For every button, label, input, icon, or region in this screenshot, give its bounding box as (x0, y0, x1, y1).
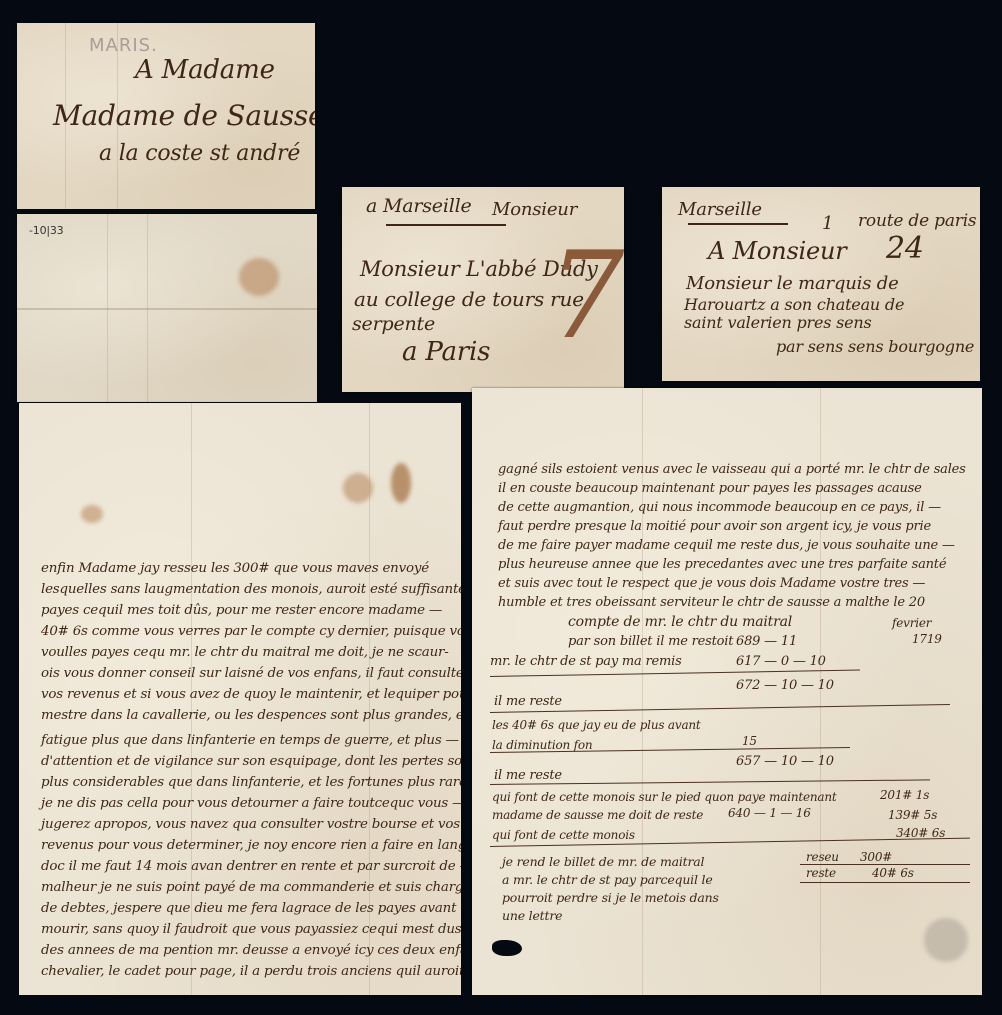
account-row-label: les 40# 6s que jay eu de plus avant (492, 718, 701, 732)
fold-line (107, 214, 108, 402)
docket-number: -10|33 (29, 224, 63, 237)
text-line: 40# 6s comme vous verres par le compte c… (41, 624, 461, 639)
paper-hole (492, 940, 522, 956)
note-line: je rend le billet de mr. de maitral (502, 854, 704, 869)
fold-line (17, 308, 317, 310)
text-line: fatigue plus que dans linfanterie en tem… (41, 733, 459, 748)
stain (343, 473, 373, 503)
text-line: plus heureuse annee que les precedantes … (498, 557, 946, 572)
note-line: a mr. le chtr de st pay parcequil le (502, 872, 713, 887)
underline (386, 224, 506, 226)
route-number: 1 (822, 213, 833, 234)
text-line: malheur je ne suis point payé de ma comm… (41, 880, 461, 895)
origin-marseille: Marseille (678, 199, 762, 220)
text-line: et suis avec tout le respect que je vous… (498, 576, 925, 591)
address-line-1: Monsieur le marquis de (686, 273, 899, 294)
date-month: fevrier (892, 616, 931, 630)
account-summary-label: reseu (806, 850, 839, 864)
fold-line (147, 214, 148, 402)
text-line: humble et tres obeissant serviteur le ch… (498, 595, 925, 610)
account-row-value: 689 — 11 (736, 634, 797, 649)
text-line: vos revenus et si vous avez de quoy le m… (41, 687, 461, 702)
address-line-4: par sens sens bourgogne (776, 337, 974, 356)
letter-page-right: gagné sils estoient venus avec le vaisse… (472, 388, 982, 995)
text-line: il en couste beaucoup maintenant pour pa… (498, 481, 922, 496)
cover-front-madame-de-sausse: MARIS. A Madame Madame de Sausse a la co… (17, 23, 315, 209)
account-title: compte de mr. le chtr du maitral (568, 614, 792, 630)
text-line: payes cequil mes toit dûs, pour me reste… (41, 603, 442, 618)
account-summary-value: 300# (860, 850, 892, 864)
note-line: une lettre (502, 908, 562, 923)
account-row-label: par son billet il me restoit (568, 634, 733, 649)
stain (924, 918, 968, 962)
text-line: je ne dis pas cella pour vous detourner … (41, 796, 461, 811)
text-line: doc il me faut 14 mois avan dentrer en r… (41, 859, 461, 874)
text-line: lesquelles sans laugmentation des monois… (41, 582, 461, 597)
account-row-value: 15 (742, 734, 757, 748)
account-row-value: 139# 5s (888, 808, 937, 822)
text-line: de cette augmantion, qui nous incommode … (498, 500, 941, 515)
route-text: route de paris (858, 211, 976, 231)
address-line-2: Harouartz a son chateau de (684, 295, 904, 314)
scan-canvas: MARIS. A Madame Madame de Sausse a la co… (0, 0, 1002, 1015)
text-line: voulles payes cequ mr. le chtr du maitra… (41, 645, 449, 660)
text-line: enfin Madame jay resseu les 300# que vou… (41, 561, 429, 576)
salutation: Monsieur (492, 199, 577, 220)
text-line: des annees de ma pention mr. deusse a en… (41, 943, 461, 958)
account-summary-label: reste (806, 866, 836, 880)
account-row-label: il me reste (494, 694, 562, 709)
salutation: A Monsieur (708, 237, 847, 265)
text-line: mestre dans la cavallerie, ou les despen… (41, 708, 461, 723)
text-line: de debtes, jespere que dieu me fera lagr… (41, 901, 461, 916)
text-line: plus considerables que dans linfanterie,… (41, 775, 461, 790)
cover-front-marquis: Marseille 1 route de paris A Monsieur 24… (662, 187, 980, 381)
text-line: revenus pour vous determiner, je noy enc… (41, 838, 461, 853)
cover-front-abbe-dudy: a Marseille Monsieur Monsieur L'abbé Dud… (342, 187, 624, 392)
address-line-1: A Madame (135, 55, 275, 85)
account-rule (490, 670, 860, 677)
account-row-label: mr. le chtr de st pay ma remis (490, 654, 682, 669)
stain (391, 463, 411, 503)
text-line: jugerez apropos, vous navez qua consulte… (41, 817, 461, 832)
account-row-label: il me reste (494, 768, 562, 783)
stain (81, 505, 103, 523)
text-line: de me faire payer madame cequil me reste… (498, 538, 955, 553)
underline (688, 223, 788, 225)
address-line-3: a la coste st andré (99, 141, 300, 166)
text-line: mourir, sans quoy il faudroit que vous p… (41, 922, 461, 937)
text-line: chevalier, le cadet pour page, il a perd… (41, 964, 461, 979)
account-row-label: madame de sausse me doit de reste (492, 808, 703, 822)
note-line: pourroit perdre si je le metois dans (502, 890, 719, 905)
address-line-4: a Paris (402, 337, 490, 367)
wax-seal-stain (239, 258, 279, 296)
account-row-value: 657 — 10 — 10 (736, 754, 834, 769)
address-line-3: saint valerien pres sens (684, 313, 872, 332)
text-line: d'attention et de vigilance sur son esqu… (41, 754, 461, 769)
text-line: gagné sils estoient venus avec le vaisse… (498, 462, 966, 477)
letter-page-left: enfin Madame jay resseu les 300# que vou… (19, 403, 461, 995)
account-row-value: 640 — 1 — 16 (728, 806, 811, 820)
address-line-3: serpente (352, 313, 435, 335)
account-row-value: 617 — 0 — 10 (736, 654, 826, 669)
origin-marseille: a Marseille (366, 195, 472, 217)
account-row-label: qui font de cette monois sur le pied quo… (492, 790, 837, 804)
account-rule (800, 864, 970, 865)
account-row-value: 672 — 10 — 10 (736, 678, 834, 693)
account-row-label: qui font de cette monois (492, 828, 635, 842)
text-line: ois vous donner conseil sur laisné de vo… (41, 666, 461, 681)
account-summary-value: 40# 6s (872, 866, 914, 880)
postage-rate: 24 (886, 231, 924, 266)
address-line-2: Madame de Sausse (53, 99, 315, 132)
postmark: MARIS. (89, 35, 158, 56)
cover-back: -10|33 (17, 214, 317, 402)
text-line: faut perdre presque la moitié pour avoir… (498, 519, 931, 534)
account-rule (800, 882, 970, 883)
rate-mark: 7 (548, 237, 624, 357)
account-row-value: 201# 1s (880, 788, 929, 802)
date-year: 1719 (912, 632, 942, 646)
